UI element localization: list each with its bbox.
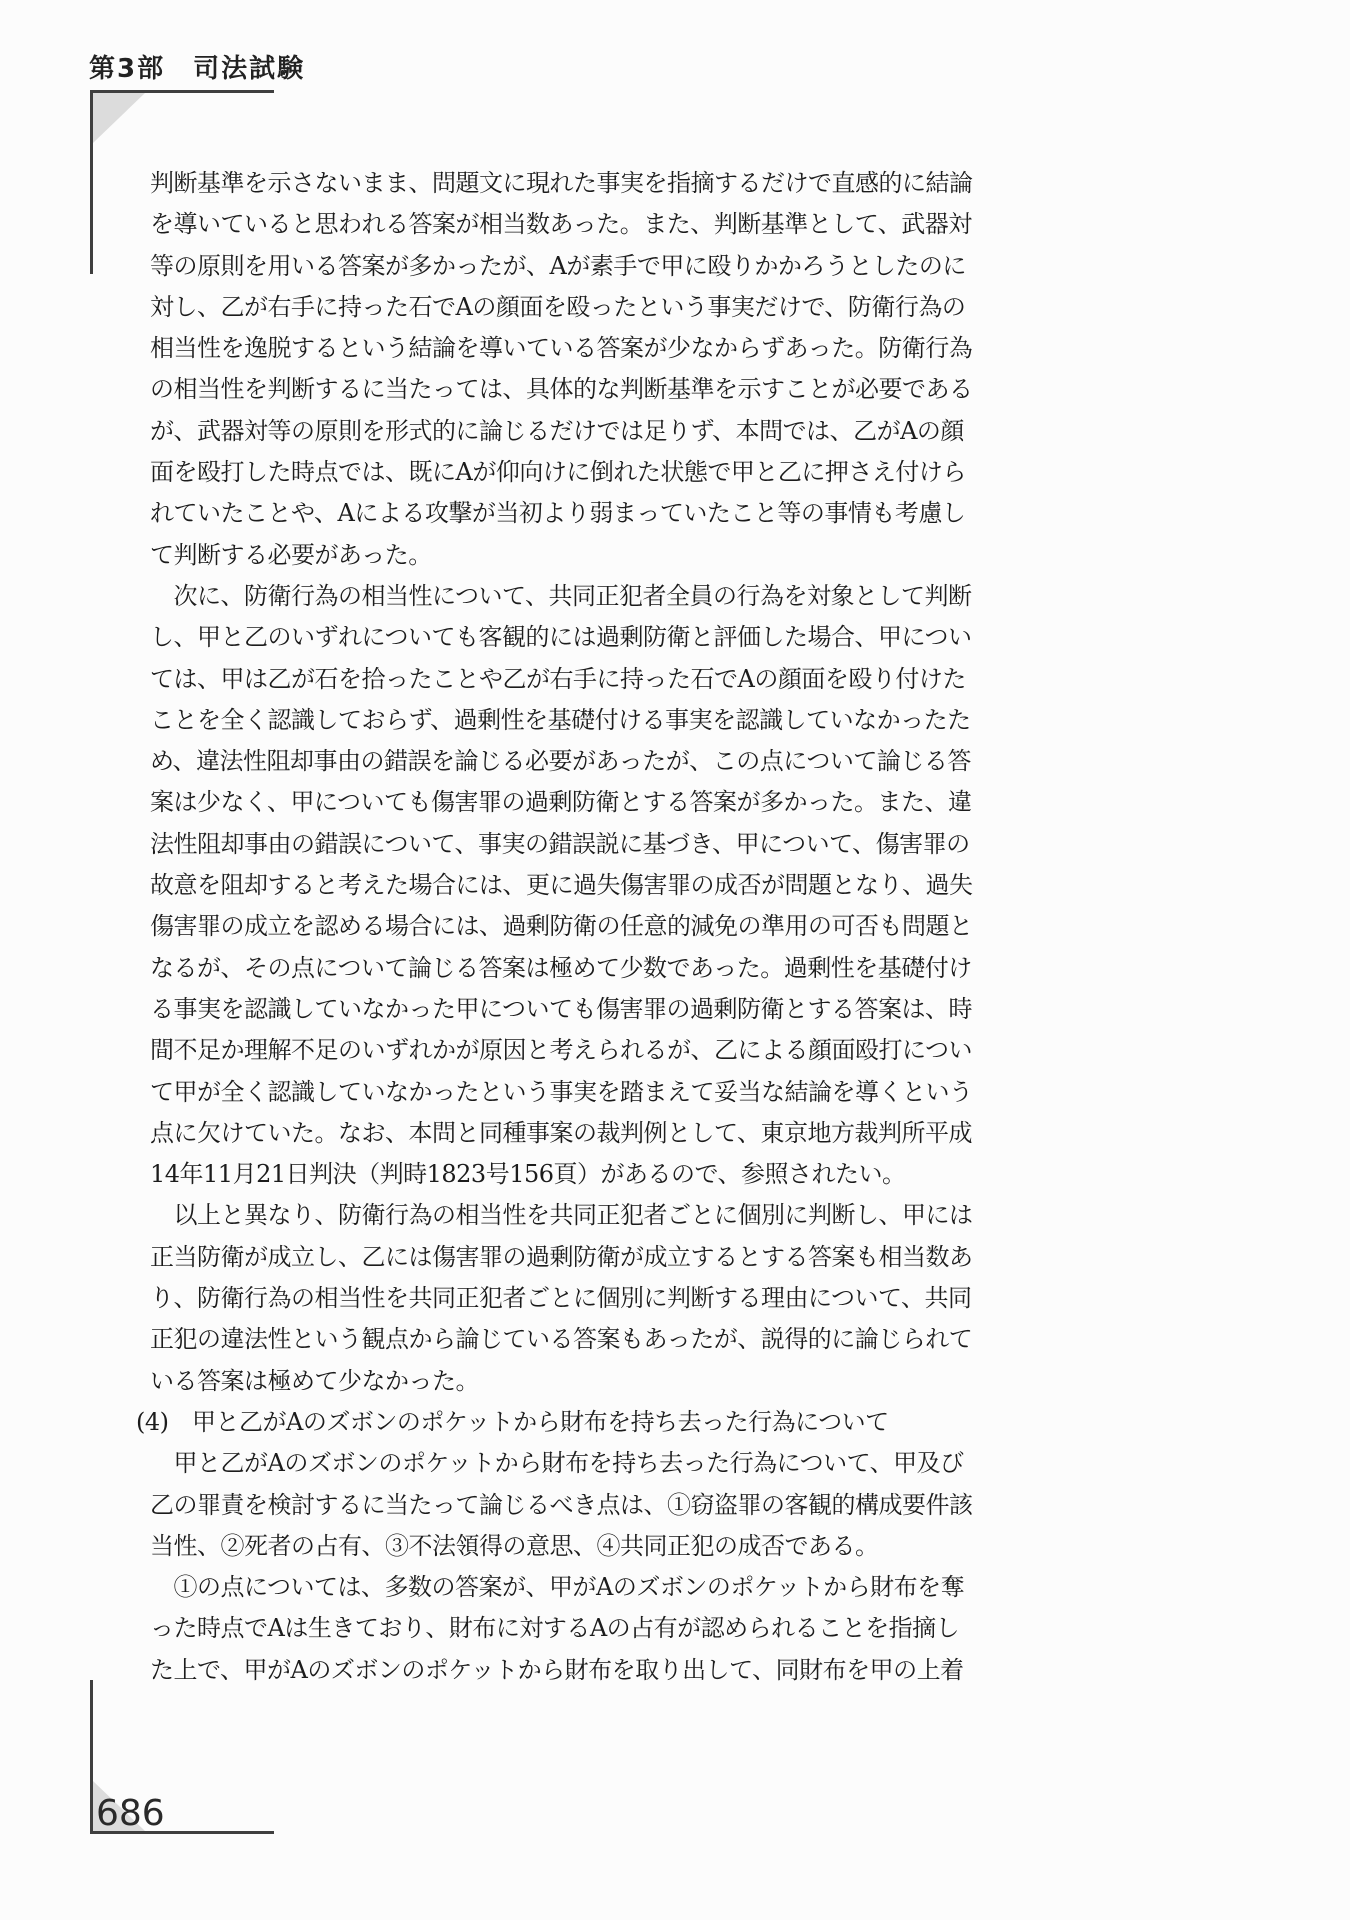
- text-line: ①の点については、多数の答案が、甲がAのズボンのポケットから財布を奪: [150, 1567, 960, 1608]
- running-header: 第3部 司法試験: [89, 48, 305, 85]
- text-line: 正当防衛が成立し、乙には傷害罪の過剰防衛が成立するとする答案も相当数あ: [150, 1237, 960, 1278]
- header-rule-horizontal: [90, 90, 274, 93]
- text-line: 間不足か理解不足のいずれかが原因と考えられるが、乙による顔面殴打につい: [150, 1030, 960, 1071]
- text-line: 次に、防衛行為の相当性について、共同正犯者全員の行為を対象として判断: [150, 576, 960, 617]
- text-line: 以上と異なり、防衛行為の相当性を共同正犯者ごとに個別に判断し、甲には: [150, 1195, 960, 1236]
- text-line: れていたことや、Aによる攻撃が当初より弱まっていたこと等の事情も考慮し: [150, 493, 960, 534]
- corner-triangle-top: [93, 93, 145, 143]
- text-line: った時点でAは生きており、財布に対するAの占有が認められることを指摘し: [150, 1608, 960, 1649]
- text-line: 甲と乙がAのズボンのポケットから財布を持ち去った行為について、甲及び: [150, 1443, 960, 1484]
- text-line: が、武器対等の原則を形式的に論じるだけでは足りず、本問では、乙がAの顔: [150, 411, 960, 452]
- header-rule-vertical: [90, 90, 93, 274]
- text-line: し、甲と乙のいずれについても客観的には過剰防衛と評価した場合、甲につい: [150, 617, 960, 658]
- text-line: の相当性を判断するに当たっては、具体的な判断基準を示すことが必要である: [150, 369, 960, 410]
- text-line: 故意を阻却すると考えた場合には、更に過失傷害罪の成否が問題となり、過失: [150, 865, 960, 906]
- text-line: 乙の罪責を検討するに当たって論じるべき点は、①窃盗罪の客観的構成要件該: [150, 1485, 960, 1526]
- text-line: 当性、②死者の占有、③不法領得の意思、④共同正犯の成否である。: [150, 1526, 960, 1567]
- text-line: て甲が全く認識していなかったという事実を踏まえて妥当な結論を導くという: [150, 1072, 960, 1113]
- text-line: ことを全く認識しておらず、過剰性を基礎付ける事実を認識していなかったた: [150, 700, 960, 741]
- text-line: 法性阻却事由の錯誤について、事実の錯誤説に基づき、甲について、傷害罪の: [150, 824, 960, 865]
- text-line: 判断基準を示さないまま、問題文に現れた事実を指摘するだけで直感的に結論: [150, 163, 960, 204]
- text-line: る事実を認識していなかった甲についても傷害罪の過剰防衛とする答案は、時: [150, 989, 960, 1030]
- book-page: 第3部 司法試験 判断基準を示さないまま、問題文に現れた事実を指摘するだけで直感…: [0, 0, 1350, 1920]
- text-line: なるが、その点について論じる答案は極めて少数であった。過剰性を基礎付け: [150, 948, 960, 989]
- text-line: 案は少なく、甲についても傷害罪の過剰防衛とする答案が多かった。また、違: [150, 782, 960, 823]
- text-line: て判断する必要があった。: [150, 535, 960, 576]
- text-line: を導いていると思われる答案が相当数あった。また、判断基準として、武器対: [150, 204, 960, 245]
- text-line: 対し、乙が右手に持った石でAの顔面を殴ったという事実だけで、防衛行為の: [150, 287, 960, 328]
- text-line: 傷害罪の成立を認める場合には、過剰防衛の任意的減免の準用の可否も問題と: [150, 906, 960, 947]
- text-line: 等の原則を用いる答案が多かったが、Aが素手で甲に殴りかかろうとしたのに: [150, 246, 960, 287]
- text-line: 14年11月21日判決（判時1823号156頁）があるので、参照されたい。: [150, 1154, 960, 1195]
- text-line: 相当性を逸脱するという結論を導いている答案が少なからずあった。防衛行為: [150, 328, 960, 369]
- footer-rule-vertical: [90, 1680, 93, 1834]
- text-line: 正犯の違法性という観点から論じている答案もあったが、説得的に論じられて: [150, 1319, 960, 1360]
- text-line: た上で、甲がAのズボンのポケットから財布を取り出して、同財布を甲の上着: [150, 1650, 960, 1691]
- text-line: り、防衛行為の相当性を共同正犯者ごとに個別に判断する理由について、共同: [150, 1278, 960, 1319]
- text-line: 面を殴打した時点では、既にAが仰向けに倒れた状態で甲と乙に押さえ付けら: [150, 452, 960, 493]
- page-number: 686: [96, 1796, 165, 1832]
- text-line: め、違法性阻却事由の錯誤を論じる必要があったが、この点について論じる答: [150, 741, 960, 782]
- body-text: 判断基準を示さないまま、問題文に現れた事実を指摘するだけで直感的に結論を導いてい…: [150, 163, 960, 1691]
- text-line: ては、甲は乙が石を拾ったことや乙が右手に持った石でAの顔面を殴り付けた: [150, 659, 960, 700]
- text-line: 点に欠けていた。なお、本問と同種事案の裁判例として、東京地方裁判所平成: [150, 1113, 960, 1154]
- section-heading-line: (4) 甲と乙がAのズボンのポケットから財布を持ち去った行為について: [136, 1402, 960, 1443]
- text-line: いる答案は極めて少なかった。: [150, 1361, 960, 1402]
